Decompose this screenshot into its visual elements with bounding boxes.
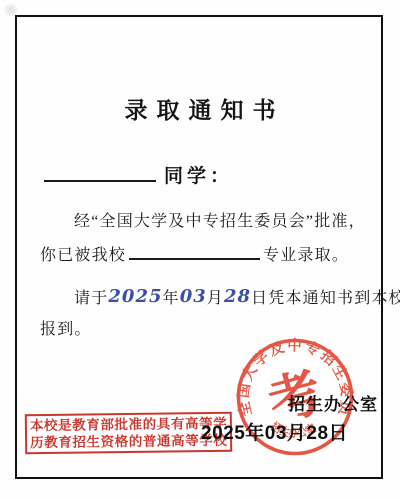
report-prefix: 请于 xyxy=(74,290,108,307)
approval-text: 经“全国大学及中专招生委员会”批准， xyxy=(74,213,366,230)
signature-office: 招生办公室 xyxy=(288,390,378,415)
salutation-label: 同学： xyxy=(164,166,233,187)
admit-suffix: 专业录取。 xyxy=(263,247,349,264)
report-month-unit: 月 xyxy=(207,290,224,307)
admit-prefix: 你已被我校 xyxy=(40,247,126,264)
report-year-unit: 年 xyxy=(163,290,180,307)
approval-line: 经“全国大学及中专招生委员会”批准， xyxy=(40,208,372,231)
notice-sheet: 录取通知书 同学： 经“全国大学及中专招生委员会”批准， 你已被我校专业录取。 … xyxy=(0,0,400,500)
student-name-blank xyxy=(44,160,156,182)
report-day-handwritten: 28 xyxy=(224,286,251,307)
report-month-handwritten: 03 xyxy=(180,286,207,307)
accreditation-line-2: 历教育招生资格的普通高等学校 xyxy=(30,432,228,451)
report-year-handwritten: 2025 xyxy=(108,286,162,307)
notice-title: 录取通知书 xyxy=(0,92,400,125)
signature-date: 2025年03月28日 xyxy=(201,418,348,445)
report-line2-text: 报到。 xyxy=(40,321,92,338)
salutation-line: 同学： xyxy=(44,160,233,186)
major-blank xyxy=(129,240,260,260)
admission-line: 你已被我校专业录取。 xyxy=(40,240,372,265)
report-rest: 日凭本通知书到本校区 xyxy=(251,290,400,307)
accreditation-line-1: 本校是教育部批准的具有高等学 xyxy=(30,416,228,435)
report-line: 请于2025年03月28日凭本通知书到本校区 xyxy=(40,285,372,308)
